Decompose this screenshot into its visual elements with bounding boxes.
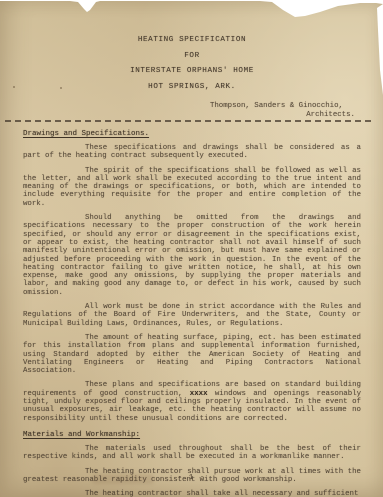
section-heading-drawings: Drawings and Specifications. <box>23 130 361 139</box>
architect-role: Architects. <box>23 111 361 120</box>
architect-block: Thompson, Sanders & Ginocchio, Architect… <box>23 102 361 122</box>
architect-firm: Thompson, Sanders & Ginocchio, <box>23 102 361 111</box>
struck-out-word: xxxx <box>190 390 208 398</box>
paragraph-materials: The materials used throughout shall be t… <box>23 445 361 462</box>
paper-speck <box>13 86 15 88</box>
doc-title-line-2: FOR <box>23 49 361 65</box>
paragraph-omissions: Should anything be omitted from the draw… <box>23 214 361 297</box>
section-heading-materials: Materials and Workmanship: <box>23 431 361 440</box>
doc-title-line-1: HEATING SPECIFICATION <box>23 33 361 49</box>
document-header: HEATING SPECIFICATION FOR INTERSTATE ORP… <box>23 33 361 95</box>
paragraph-spirit: The spirit of the specifications shall b… <box>23 167 361 208</box>
divider-rule <box>5 120 375 122</box>
paragraph-standard-building: These plans and specifications are based… <box>23 381 361 422</box>
page-number: - 1 - <box>0 474 383 482</box>
paragraph-rules: All work must be done in strict accordan… <box>23 303 361 328</box>
paragraph-heating-surface: The amount of heating surface, piping, e… <box>23 334 361 375</box>
doc-title-line-4: HOT SPRINGS, ARK. <box>23 80 361 96</box>
doc-title-line-3: INTERSTATE ORPHANS' HOME <box>23 64 361 80</box>
paragraph-specifications-part: These specifications and drawings shall … <box>23 144 361 161</box>
document-page: HEATING SPECIFICATION FOR INTERSTATE ORP… <box>0 0 383 497</box>
paragraph-precautions-partial: The heating contractor shall take all ne… <box>23 490 361 497</box>
paper-speck <box>60 87 62 89</box>
